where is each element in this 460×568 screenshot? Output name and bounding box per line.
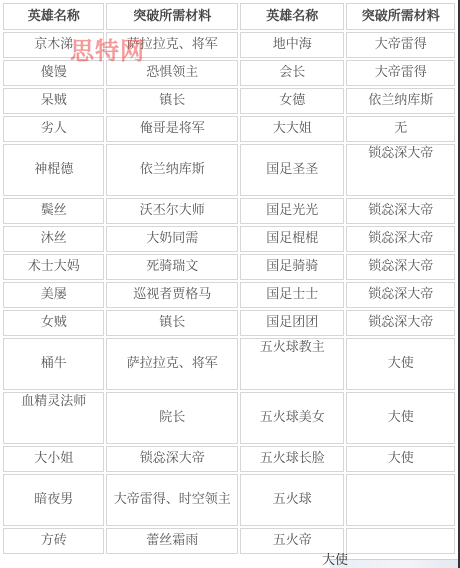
- hero-name-cell: 五火帝: [240, 528, 344, 554]
- header-hero-name-right: 英雄名称: [240, 3, 344, 30]
- hero-name-cell: 五火球: [240, 474, 344, 526]
- table-row: 京木涕 萨拉拉克、将军 地中海 大帝雷得: [3, 32, 455, 58]
- screenshot-frame: 英雄名称 突破所需材料 英雄名称 突破所需材料 京木涕 萨拉拉克、将军 地中海 …: [0, 0, 460, 568]
- hero-name-cell: 桶牛: [3, 338, 104, 390]
- hero-name-cell: 呆贼: [3, 88, 104, 114]
- hero-name-cell: 会长: [240, 60, 344, 86]
- header-hero-name-left: 英雄名称: [3, 3, 104, 30]
- hero-name-cell: 国足团团: [240, 310, 344, 336]
- hero-name-cell: 术士大妈: [3, 254, 104, 280]
- hero-name-cell: 国足圣圣: [240, 144, 344, 196]
- table-row: 暗夜男 大帝雷得、时空领主 五火球: [3, 474, 455, 526]
- material-cell: 大使: [346, 338, 455, 390]
- material-cell: [346, 528, 455, 554]
- material-cell: 锁惢深大帝: [346, 310, 455, 336]
- material-cell: 锁惢深大帝: [346, 226, 455, 252]
- material-cell: 俺哥是将军: [106, 116, 238, 142]
- header-material-left: 突破所需材料: [106, 3, 238, 30]
- material-cell: 大帝雷得: [346, 32, 455, 58]
- material-cell: 萨拉拉克、将军: [106, 32, 238, 58]
- hero-name-cell: 血精灵法师: [3, 392, 104, 444]
- hero-name-cell: 地中海: [240, 32, 344, 58]
- material-cell: 依兰纳库斯: [346, 88, 455, 114]
- material-cell: 锁惢深大帝: [106, 446, 238, 472]
- material-cell: 恐惧领主: [106, 60, 238, 86]
- table-header-row: 英雄名称 突破所需材料 英雄名称 突破所需材料: [3, 3, 455, 30]
- hero-name-cell: 大大姐: [240, 116, 344, 142]
- header-material-right: 突破所需材料: [346, 3, 455, 30]
- hero-name-cell: 女贼: [3, 310, 104, 336]
- material-cell: 沃丕尔大师: [106, 198, 238, 224]
- hero-name-cell: 鬓丝: [3, 198, 104, 224]
- overlapping-popup-text: 大使: [322, 554, 348, 568]
- material-cell: 锁惢深大帝: [346, 282, 455, 308]
- material-cell: 锁惢深大帝: [346, 144, 455, 196]
- hero-name-cell: 京木涕: [3, 32, 104, 58]
- material-cell: 蕾丝霜雨: [106, 528, 238, 554]
- table-row: 术士大妈 死骑瑞文 国足骑骑 锁惢深大帝: [3, 254, 455, 280]
- table-row: 鬓丝 沃丕尔大师 国足光光 锁惢深大帝: [3, 198, 455, 224]
- hero-name-cell: 方砖: [3, 528, 104, 554]
- hero-name-cell: 国足棍棍: [240, 226, 344, 252]
- material-cell: 萨拉拉克、将军: [106, 338, 238, 390]
- hero-name-cell: 劣人: [3, 116, 104, 142]
- material-cell: 依兰纳库斯: [106, 144, 238, 196]
- material-cell: 院长: [106, 392, 238, 444]
- material-cell: 大奶同需: [106, 226, 238, 252]
- hero-name-cell: 国足士士: [240, 282, 344, 308]
- material-cell: 锁惢深大帝: [346, 254, 455, 280]
- material-cell: 大使: [346, 446, 455, 472]
- table-row: 呆贼 镇长 女德 依兰纳库斯: [3, 88, 455, 114]
- material-cell: 大帝雷得: [346, 60, 455, 86]
- hero-name-cell: 大小姐: [3, 446, 104, 472]
- hero-name-cell: 神棍德: [3, 144, 104, 196]
- table-row: 傻馒 恐惧领主 会长 大帝雷得: [3, 60, 455, 86]
- hero-breakthrough-table: 英雄名称 突破所需材料 英雄名称 突破所需材料 京木涕 萨拉拉克、将军 地中海 …: [1, 1, 457, 556]
- table-row: 劣人 俺哥是将军 大大姐 无: [3, 116, 455, 142]
- material-cell: 镇长: [106, 310, 238, 336]
- table-row: 沐丝 大奶同需 国足棍棍 锁惢深大帝: [3, 226, 455, 252]
- hero-name-cell: 五火球教主: [240, 338, 344, 390]
- material-cell: 锁惢深大帝: [346, 198, 455, 224]
- hero-name-cell: 暗夜男: [3, 474, 104, 526]
- table-row: 神棍德 依兰纳库斯 国足圣圣 锁惢深大帝: [3, 144, 455, 196]
- material-cell: 镇长: [106, 88, 238, 114]
- hero-name-cell: 五火球长脸: [240, 446, 344, 472]
- table-row: 大小姐 锁惢深大帝 五火球长脸 大使: [3, 446, 455, 472]
- material-cell-none: 无: [346, 116, 455, 142]
- hero-name-cell: 国足光光: [240, 198, 344, 224]
- table-row: 方砖 蕾丝霜雨 五火帝: [3, 528, 455, 554]
- overlapping-popup-strip: [330, 559, 458, 568]
- table-row: 桶牛 萨拉拉克、将军 五火球教主 大使: [3, 338, 455, 390]
- hero-name-cell: 女德: [240, 88, 344, 114]
- material-cell: 巡视者贾格马: [106, 282, 238, 308]
- material-cell: 大帝雷得、时空领主: [106, 474, 238, 526]
- hero-name-cell: 五火球美女: [240, 392, 344, 444]
- hero-name-cell: 傻馒: [3, 60, 104, 86]
- material-cell: [346, 474, 455, 526]
- material-cell: 死骑瑞文: [106, 254, 238, 280]
- table-row: 美屡 巡视者贾格马 国足士士 锁惢深大帝: [3, 282, 455, 308]
- hero-name-cell: 沐丝: [3, 226, 104, 252]
- material-cell: 大使: [346, 392, 455, 444]
- table-row: 血精灵法师 院长 五火球美女 大使: [3, 392, 455, 444]
- hero-name-cell: 美屡: [3, 282, 104, 308]
- table-row: 女贼 镇长 国足团团 锁惢深大帝: [3, 310, 455, 336]
- hero-name-cell: 国足骑骑: [240, 254, 344, 280]
